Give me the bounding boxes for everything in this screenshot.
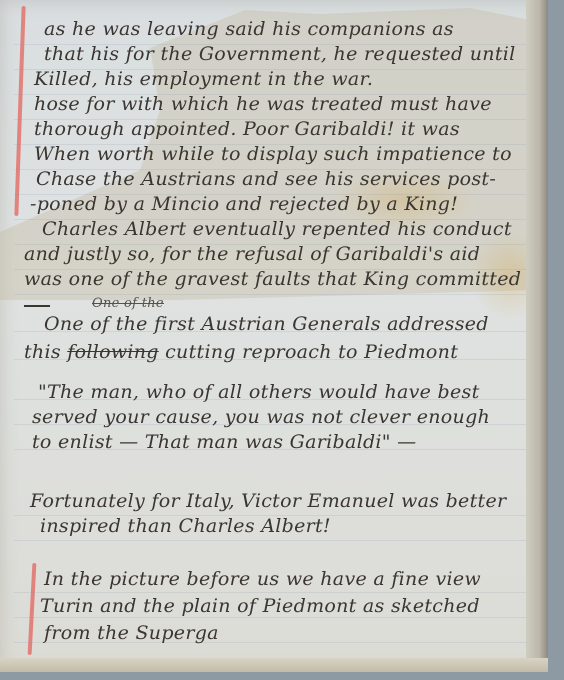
text-line: Killed, his employment in the war. <box>34 68 373 90</box>
page-edge <box>526 0 548 672</box>
text-line: Turin and the plain of Piedmont as sketc… <box>40 595 480 617</box>
text-line: that his for the Government, he requeste… <box>44 43 516 65</box>
quote-line: to enlist — That man was Garibaldi" — <box>32 431 416 453</box>
text-line: One of the first Austrian Generals addre… <box>44 313 489 335</box>
page-edge <box>0 658 548 672</box>
quote-line: "The man, who of all others would have b… <box>38 381 480 403</box>
section-dash <box>24 305 50 307</box>
text-line: as he was leaving said his companions as <box>44 18 454 40</box>
text-line: When worth while to display such impatie… <box>34 143 512 165</box>
text-line: hose for with which he was treated must … <box>34 93 492 115</box>
text-line: from the Superga <box>44 622 219 644</box>
text-line: was one of the gravest faults that King … <box>24 268 521 290</box>
quote-line: served your cause, you was not clever en… <box>32 406 490 428</box>
text-line: In the picture before us we have a fine … <box>44 568 481 590</box>
text-line: inspired than Charles Albert! <box>40 515 331 537</box>
text-line: Charles Albert eventually repented his c… <box>42 218 512 240</box>
struck-insertion: One of the <box>92 296 164 311</box>
manuscript-page: as he was leaving said his companions as… <box>0 0 548 672</box>
text-line: Chase the Austrians and see his services… <box>36 168 496 190</box>
text-line: -poned by a Mincio and rejected by a Kin… <box>30 193 458 215</box>
text-line: Fortunately for Italy, Victor Emanuel wa… <box>30 490 506 512</box>
struck-word: following <box>67 341 159 363</box>
text-line: thorough appointed. Poor Garibaldi! it w… <box>34 118 460 140</box>
text-line: and justly so, for the refusal of Gariba… <box>24 243 480 265</box>
manuscript-text: as he was leaving said his companions as… <box>0 0 548 672</box>
text-line: this following cutting reproach to Piedm… <box>24 341 458 363</box>
